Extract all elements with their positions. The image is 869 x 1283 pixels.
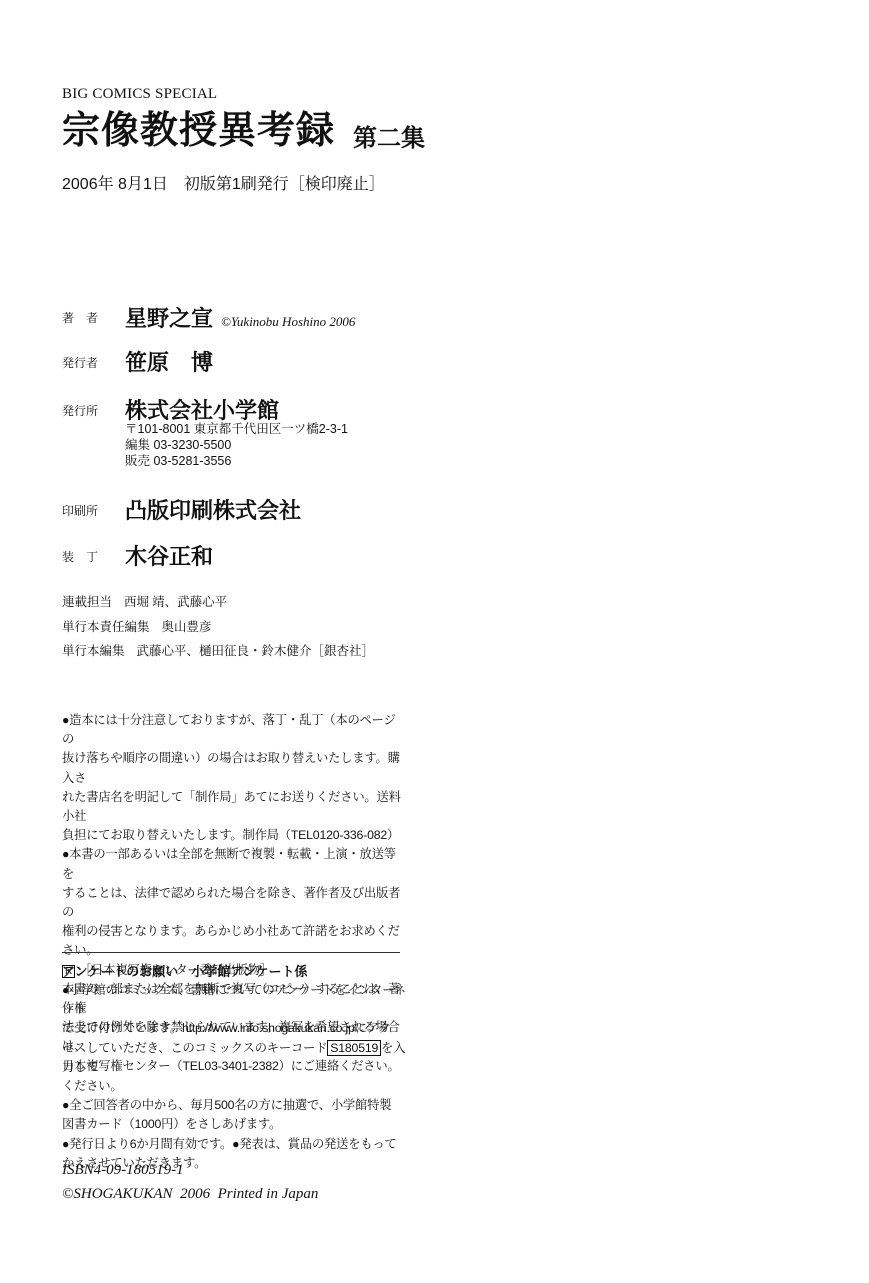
staff-row: 単行本編集武藤心平、樋田征良・鈴木健介［銀杏社］ [62,641,374,659]
survey-text-segment: セスしていただき、このコミックスのキーコード [62,1041,327,1055]
staff-role: 単行本編集 [62,644,125,658]
notice-line: 負担にてお取り替えいたします。制作局（TEL0120-336-082） [62,826,402,845]
design-label: 装 丁 [62,548,98,565]
isbn: ISBN4-09-180519-1 [62,1162,184,1179]
survey-line: 図書カード（1000円）をさしあげます。 [62,1115,407,1134]
survey-line: ください。 [62,1077,407,1096]
printer-label: 印刷所 [62,502,98,519]
sales-phone: 販売 03-5281-3556 [125,453,348,469]
notice-line: 権利の侵害となります。あらかじめ小社あて許諾をお求めください。 [62,922,402,960]
staff-names: 西堀 靖、武藤心平 [124,595,227,609]
notice-line: ●造本には十分注意しておりますが、落丁・乱丁（本のページの [62,711,402,749]
survey-line: ●発行日より6か月間有効です。●発表は、賞品の発送をもって [62,1135,407,1154]
printer-name: 凸版印刷株式会社 [125,494,301,525]
volume-label: 第二集 [353,118,425,153]
editorial-phone: 編集 03-3230-5500 [125,437,348,453]
survey-text: ●小学館のコミックス、書籍についてのアンケートをインターネット で受け付けていま… [62,981,407,1173]
notice-line: ●本書の一部あるいは全部を無断で複製・転載・上演・放送等を [62,845,402,883]
book-title: 宗像教授異考録 [62,109,335,153]
designer-name: 木谷正和 [125,540,213,571]
author-name: 星野之宣©Yukinobu Hoshino 2006 [125,302,355,333]
staff-names: 武藤心平、樋田征良・鈴木健介［銀杏社］ [137,644,375,658]
series-name: BIG COMICS SPECIAL [62,86,217,103]
survey-line: セスしていただき、このコミックスのキーコードS180519を入力して [62,1039,407,1077]
survey-line: で受け付けています。http://www.info.shogakukan.co.… [62,1019,407,1038]
key-code: S180519 [327,1040,381,1056]
author-copyright: ©Yukinobu Hoshino 2006 [221,314,355,329]
survey-line: ●小学館のコミックス、書籍についてのアンケートをインターネット [62,981,407,1019]
staff-row: 連載担当西堀 靖、武藤心平 [62,592,227,610]
author-label: 著 者 [62,309,98,326]
publisher-person-label: 発行者 [62,354,98,371]
staff-role: 連載担当 [62,595,112,609]
notice-line: れた書店名を明記して「制作局」あてにお送りください。送料小社 [62,788,402,826]
address-line: 〒101-8001 東京都千代田区一ツ橋2-3-1 [125,421,348,437]
staff-names: 奥山豊彦 [162,620,212,634]
survey-heading: アンケートのお願い 小学館アンケート係 [62,961,307,980]
survey-line: ●全ご回答者の中から、毎月500名の方に抽選で、小学館特製 [62,1096,407,1115]
publishing-house-label: 発行所 [62,402,98,419]
notice-line: 抜け落ちや順序の間違い）の場合はお取り替えいたします。購入さ [62,749,402,787]
publisher-copyright: ©SHOGAKUKAN 2006 Printed in Japan [62,1186,318,1203]
publisher-person-name: 笹原 博 [125,346,213,377]
publisher-address: 〒101-8001 東京都千代田区一ツ橋2-3-1 編集 03-3230-550… [125,421,348,469]
staff-row: 単行本責任編集奥山豊彦 [62,617,212,635]
notice-line: することは、法律で認められた場合を除き、著作者及び出版者の [62,884,402,922]
divider [62,952,400,953]
staff-role: 単行本責任編集 [62,620,150,634]
author-value: 星野之宣 [125,306,213,331]
publication-date: 2006年 8月1日 初版第1刷発行［検印廃止］ [62,171,385,194]
